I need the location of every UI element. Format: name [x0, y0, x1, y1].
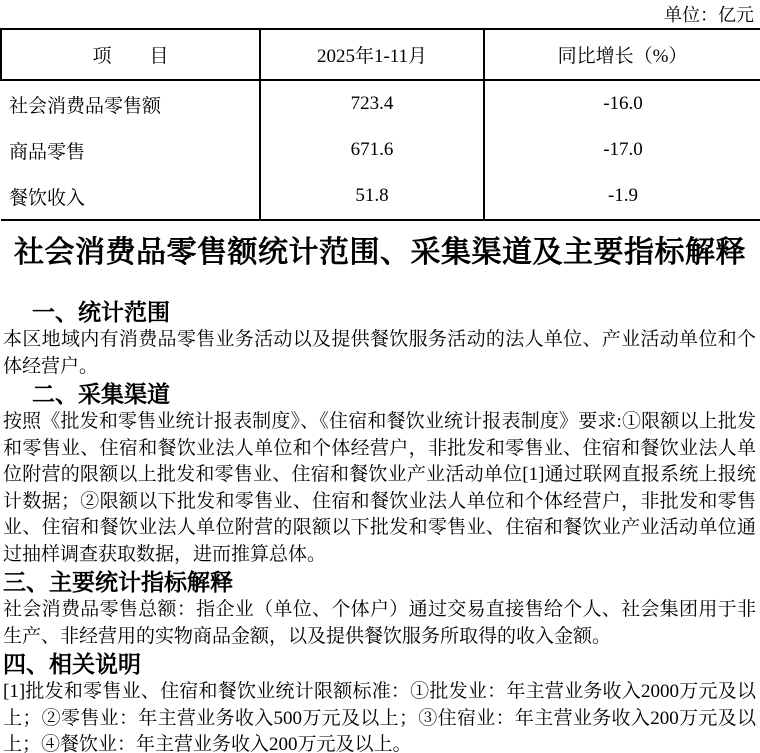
row-item-value: 671.6	[260, 127, 484, 173]
article-body: 一、统计范围 本区地域内有消费品零售业务活动以及提供餐饮服务活动的法人单位、产业…	[0, 298, 760, 753]
row-item-label: 社会消费品零售额	[1, 80, 260, 127]
unit-label: 单位：亿元	[0, 0, 760, 28]
table-header-period: 2025年1-11月	[260, 29, 484, 80]
table-row: 餐饮收入 51.8 -1.9	[1, 173, 760, 220]
section-body-notes: [1]批发和零售业、住宿和餐饮业统计限额标准：①批发业：年主营业务收入2000万…	[3, 679, 756, 753]
section-body-indicators: 社会消费品零售总额：指企业（单位、个体户）通过交易直接售给个人、社会集团用于非生…	[3, 597, 756, 650]
table-header-item: 项 目	[1, 29, 260, 80]
section-heading-notes: 四、相关说明	[3, 650, 756, 679]
article-title: 社会消费品零售额统计范围、采集渠道及主要指标解释	[0, 234, 760, 271]
table-row: 商品零售 671.6 -17.0	[1, 127, 760, 173]
document-page: 单位：亿元 项 目 2025年1-11月 同比增长（%） 社会消费品零售额 72…	[0, 0, 760, 753]
section-heading-scope: 一、统计范围	[3, 298, 756, 327]
table-row: 社会消费品零售额 723.4 -16.0	[1, 80, 760, 127]
stats-table: 项 目 2025年1-11月 同比增长（%） 社会消费品零售额 723.4 -1…	[0, 28, 760, 221]
section-heading-channels: 二、采集渠道	[3, 380, 756, 409]
row-item-label: 餐饮收入	[1, 173, 260, 220]
section-body-scope: 本区地域内有消费品零售业务活动以及提供餐饮服务活动的法人单位、产业活动单位和个体…	[3, 327, 756, 380]
row-item-value: 723.4	[260, 80, 484, 127]
section-body-channels: 按照《批发和零售业统计报表制度》、《住宿和餐饮业统计报表制度》要求:①限额以上批…	[3, 409, 756, 568]
table-header-growth: 同比增长（%）	[484, 29, 760, 80]
table-header-row: 项 目 2025年1-11月 同比增长（%）	[1, 29, 760, 80]
section-heading-indicators: 三、主要统计指标解释	[3, 568, 756, 597]
row-item-growth: -16.0	[484, 80, 760, 127]
row-item-value: 51.8	[260, 173, 484, 220]
row-item-growth: -1.9	[484, 173, 760, 220]
row-item-label: 商品零售	[1, 127, 260, 173]
row-item-growth: -17.0	[484, 127, 760, 173]
